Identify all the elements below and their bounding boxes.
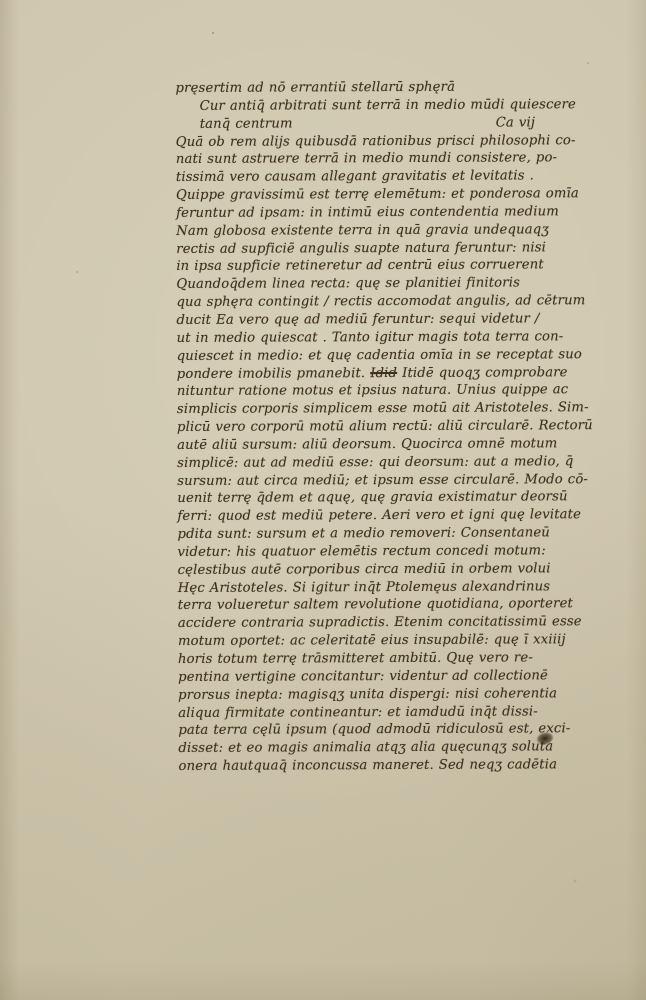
manuscript-line-text: prorsus inepta: magisqʒ unita dispergi: … (178, 686, 557, 703)
manuscript-line-text: pata terra cęlū ipsum (quod admodū ridic… (178, 722, 570, 739)
manuscript-line-text: pentina vertigine concitantur: videntur … (178, 668, 548, 685)
manuscript-line-text: videtur: his quatuor elemētis rectum con… (178, 543, 546, 560)
manuscript-line: onera hautquaq̄ inconcussa maneret. Sed … (178, 756, 614, 776)
manuscript-line: Quā ob rem alijs quibusdā rationibus pri… (176, 132, 612, 152)
manuscript-line-text: Quippe gravissimū est terrę elemētum: et… (176, 186, 579, 203)
manuscript-line-text: cęlestibus autē corporibus circa mediū i… (178, 561, 551, 578)
manuscript-line: aliqua firmitate contineantur: et iamdud… (178, 703, 614, 723)
manuscript-line: nituntur ratione motus et ipsius natura.… (177, 381, 613, 401)
manuscript-line: horis totum terrę trāsmitteret ambitū. Q… (178, 649, 614, 669)
manuscript-line-text: Nam globosa existente terra in quā gravi… (176, 222, 549, 239)
manuscript-line: accidere contraria supradictis. Etenim c… (178, 613, 614, 633)
manuscript-line-text: pręsertim ad nō errantiū stellarū sphęrā (175, 80, 455, 96)
manuscript-line: Hęc Aristoteles. Si igitur inq̄t Ptolemę… (178, 578, 614, 598)
manuscript-line: Quippe gravissimū est terrę elemētum: et… (176, 185, 612, 205)
manuscript-line-text: pondere imobilis pmanebit. Idid Itidē qu… (177, 365, 568, 382)
manuscript-line-text: Quandoq̄dem linea recta: quę se planitie… (176, 276, 520, 292)
manuscript-line-text: sursum: aut circa mediū; et ipsum esse c… (177, 472, 588, 489)
manuscript-line-text: ferri: quod est mediū petere. Aeri vero … (177, 507, 581, 524)
manuscript-line-text: Quā ob rem alijs quibusdā rationibus pri… (176, 133, 576, 150)
manuscript-line-text: accidere contraria supradictis. Etenim c… (178, 614, 582, 631)
manuscript-line: ut in medio quiescat . Tanto igitur magi… (177, 328, 613, 348)
manuscript-line: in ipsa supficie retineretur ad centrū e… (176, 256, 612, 276)
manuscript-line: ferri: quod est mediū petere. Aeri vero … (177, 506, 613, 526)
manuscript-line: ducit Ea vero quę ad mediū feruntur: seq… (176, 310, 612, 330)
manuscript-line: rectis ad supficiē angulis suapte natura… (176, 239, 612, 259)
manuscript-line: nati sunt astruere terrā in medio mundi … (176, 149, 612, 169)
manuscript-line: simplicis corporis simplicem esse motū a… (177, 399, 613, 419)
manuscript-line-text: horis totum terrę trāsmitteret ambitū. Q… (178, 650, 533, 667)
manuscript-line-text: motum oportet: ac celeritatē eius insupa… (178, 632, 566, 649)
manuscript-line: cęlestibus autē corporibus circa mediū i… (178, 560, 614, 580)
manuscript-line-text: ducit Ea vero quę ad mediū feruntur: seq… (177, 311, 540, 328)
manuscript-text-block: pręsertim ad nō errantiū stellarū sphęrā… (175, 78, 614, 776)
manuscript-line-text: disset: et eo magis animalia atqʒ alia q… (178, 740, 553, 757)
manuscript-line: pentina vertigine concitantur: videntur … (178, 667, 614, 687)
manuscript-line-text: aliqua firmitate contineantur: et iamdud… (178, 704, 538, 721)
manuscript-line: tissimā vero causam allegant gravitatis … (176, 167, 612, 187)
manuscript-line: autē aliū sursum: aliū deorsum. Quocirca… (177, 435, 613, 455)
manuscript-line-text: simplicē: aut ad mediū esse: qui deorsum… (177, 454, 573, 471)
manuscript-line: tanq̄ centrumCa vij (176, 114, 612, 134)
manuscript-line-text: Hęc Aristoteles. Si igitur inq̄t Ptolemę… (178, 579, 551, 596)
manuscript-line-text: qua sphęra contingit / rectis accomodat … (176, 293, 585, 310)
manuscript-line: videtur: his quatuor elemētis rectum con… (178, 542, 614, 562)
manuscript-line: sursum: aut circa mediū; et ipsum esse c… (177, 471, 613, 491)
manuscript-line-text: terra volueretur saltem revolutione quot… (178, 597, 573, 614)
manuscript-line-text: tissimā vero causam allegant gravitatis … (176, 169, 534, 186)
manuscript-line: prorsus inepta: magisqʒ unita dispergi: … (178, 685, 614, 705)
manuscript-line: pręsertim ad nō errantiū stellarū sphęrā (175, 78, 611, 98)
manuscript-line-text: plicū vero corporū motū alium rectū: ali… (177, 418, 593, 435)
manuscript-line-text: feruntur ad ipsam: in intimū eius conten… (176, 204, 559, 221)
manuscript-line: pdita sunt: sursum et a medio removeri: … (177, 524, 613, 544)
manuscript-page: pręsertim ad nō errantiū stellarū sphęrā… (0, 0, 646, 1000)
chapter-number-label: Ca vij (496, 114, 535, 132)
manuscript-line-text: rectis ad supficiē angulis suapte natura… (176, 240, 546, 257)
manuscript-line-text: pdita sunt: sursum et a medio removeri: … (177, 525, 550, 542)
manuscript-line: motum oportet: ac celeritatē eius insupa… (178, 631, 614, 651)
manuscript-line: Nam globosa existente terra in quā gravi… (176, 221, 612, 241)
manuscript-line-text: ut in medio quiescat . Tanto igitur magi… (177, 329, 564, 346)
manuscript-line-text: nati sunt astruere terrā in medio mundi … (176, 151, 557, 168)
manuscript-line-text: onera hautquaq̄ inconcussa maneret. Sed … (178, 757, 557, 774)
manuscript-line: feruntur ad ipsam: in intimū eius conten… (176, 203, 612, 223)
manuscript-line-text: nituntur ratione motus et ipsius natura.… (177, 383, 569, 400)
manuscript-line-text: quiescet in medio: et quę cadentia omīa … (177, 347, 582, 364)
manuscript-line: plicū vero corporū motū alium rectū: ali… (177, 417, 613, 437)
manuscript-line-text: uenit terrę q̄dem et aquę, quę gravia ex… (177, 490, 567, 507)
manuscript-line: Cur antiq̄ arbitrati sunt terrā in medio… (176, 96, 612, 116)
manuscript-line-text: Cur antiq̄ arbitrati sunt terrā in medio… (200, 97, 576, 114)
manuscript-line: Quandoq̄dem linea recta: quę se planitie… (176, 274, 612, 294)
manuscript-line: quiescet in medio: et quę cadentia omīa … (177, 346, 613, 366)
manuscript-line: uenit terrę q̄dem et aquę, quę gravia ex… (177, 488, 613, 508)
manuscript-line-text: autē aliū sursum: aliū deorsum. Quocirca… (177, 436, 557, 453)
manuscript-line: pondere imobilis pmanebit. Idid Itidē qu… (177, 364, 613, 384)
manuscript-line-text: simplicis corporis simplicem esse motū a… (177, 400, 589, 417)
manuscript-line-text: tanq̄ centrum (200, 116, 293, 131)
manuscript-line: qua sphęra contingit / rectis accomodat … (176, 292, 612, 312)
manuscript-line-text: in ipsa supficie retineretur ad centrū e… (176, 258, 544, 275)
manuscript-line: simplicē: aut ad mediū esse: qui deorsum… (177, 453, 613, 473)
manuscript-line: terra volueretur saltem revolutione quot… (178, 596, 614, 616)
